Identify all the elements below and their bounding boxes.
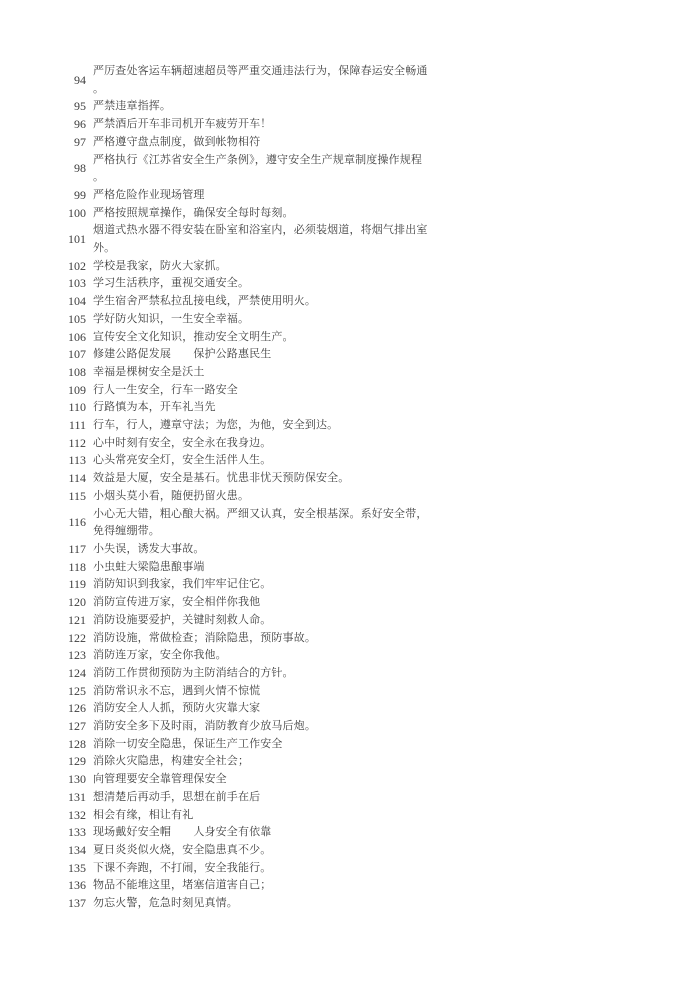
list-item: 134 夏日炎炎似火烧，安全隐患真不少。 (0, 842, 700, 860)
list-item: 122 消防设施，常做检查；消除隐患，预防事故。 (0, 630, 700, 648)
item-text: 学好防火知识，一生安全幸福。 (93, 311, 249, 329)
item-text: 消防常识永不忘，遇到火情不惊慌 (93, 683, 260, 701)
list-item: 119 消防知识到我家，我们牢牢记住它。 (0, 576, 700, 594)
item-text: 行路慎为本，开车礼当先 (93, 399, 216, 417)
item-text: 下课不奔跑，不打闹，安全我能行。 (93, 860, 271, 878)
text-line: 免得缠绷带。 (93, 523, 428, 541)
item-text: 消防宣传进万家，安全相伴你我他 (93, 594, 260, 612)
text-line: 。 (93, 169, 422, 187)
item-number: 123 (0, 647, 86, 665)
text-line: 宣传安全文化知识，推动安全文明生产。 (93, 329, 294, 347)
list-item: 124 消防工作贯彻预防为主防消结合的方针。 (0, 665, 700, 683)
list-item: 132 相会有缘，相让有礼 (0, 807, 700, 825)
item-text: 严格按照规章操作，确保安全每时每刻。 (93, 205, 294, 223)
item-text: 行人一生安全，行车一路安全 (93, 382, 238, 400)
text-line: 小心无大错，粗心酿大祸。严细又认真，安全根基深。系好安全带， (93, 506, 428, 524)
list-item: 104 学生宿舍严禁私拉乱接电线，严禁使用明火。 (0, 293, 700, 311)
text-line: 小烟头莫小看，随便扔留火患。 (93, 488, 249, 506)
item-text: 严禁酒后开车非司机开车疲劳开车！ (93, 116, 271, 134)
slogan-list: 94 严厉查处客运车辆超速超员等严重交通违法行为，保障春运安全畅通。 95 严禁… (0, 63, 700, 913)
list-item: 96 严禁酒后开车非司机开车疲劳开车！ (0, 116, 700, 134)
text-line: 效益是大厦，安全是基石。忧患非忧天预防保安全。 (93, 470, 349, 488)
item-text: 消防安全人人抓，预防火灾靠大家 (93, 700, 260, 718)
item-text: 幸福是棵树安全是沃土 (93, 364, 205, 382)
text-line: 消防设施，常做检查；消除隐患，预防事故。 (93, 630, 316, 648)
list-item: 105 学好防火知识，一生安全幸福。 (0, 311, 700, 329)
item-text: 消防设施要爱护，关键时刻救人命。 (93, 612, 271, 630)
item-text: 消防设施，常做检查；消除隐患，预防事故。 (93, 630, 316, 648)
text-line: 消防连万家，安全你我他。 (93, 647, 227, 665)
list-item: 106 宣传安全文化知识，推动安全文明生产。 (0, 329, 700, 347)
text-line: 现场戴好安全帽 人身安全有依靠 (93, 824, 271, 842)
item-text: 学生宿舍严禁私拉乱接电线，严禁使用明火。 (93, 293, 316, 311)
item-text: 夏日炎炎似火烧，安全隐患真不少。 (93, 842, 271, 860)
text-line: 心中时刻有安全，安全永在我身边。 (93, 435, 271, 453)
item-number: 107 (0, 346, 86, 364)
text-line: 夏日炎炎似火烧，安全隐患真不少。 (93, 842, 271, 860)
item-text: 严格执行《江苏省安全生产条例》，遵守安全生产规章制度操作规程。 (93, 152, 422, 187)
item-text: 效益是大厦，安全是基石。忧患非忧天预防保安全。 (93, 470, 349, 488)
text-line: 学习生活秩序，重视交通安全。 (93, 275, 249, 293)
item-text: 小虫蛀大梁隐患酿事端 (93, 559, 205, 577)
item-number: 122 (0, 630, 86, 648)
item-text: 消除火灾隐患，构建安全社会； (93, 753, 249, 771)
text-line: 烟道式热水器不得安装在卧室和浴室内，必须装烟道，将烟气排出室 (93, 222, 428, 240)
list-item: 125 消防常识永不忘，遇到火情不惊慌 (0, 683, 700, 701)
text-line: 消防宣传进万家，安全相伴你我他 (93, 594, 260, 612)
item-text: 小烟头莫小看，随便扔留火患。 (93, 488, 249, 506)
item-number: 119 (0, 576, 86, 594)
item-text: 小失误，诱发大事故。 (93, 541, 205, 559)
item-number: 95 (0, 98, 86, 116)
text-line: 向管理要安全靠管理保安全 (93, 771, 227, 789)
item-number: 96 (0, 116, 86, 134)
text-line: 勿忘火警，危急时刻见真情。 (93, 895, 238, 913)
item-text: 消防工作贯彻预防为主防消结合的方针。 (93, 665, 294, 683)
item-text: 消防安全多下及时雨，消防教育少放马后炮。 (93, 718, 316, 736)
item-number: 105 (0, 311, 86, 329)
item-text: 消防知识到我家，我们牢牢记住它。 (93, 576, 271, 594)
item-number: 129 (0, 753, 86, 771)
item-number: 120 (0, 594, 86, 612)
document-page: 94 严厉查处客运车辆超速超员等严重交通违法行为，保障春运安全畅通。 95 严禁… (0, 0, 700, 990)
item-number: 114 (0, 470, 86, 488)
item-number: 111 (0, 417, 86, 435)
item-text: 烟道式热水器不得安装在卧室和浴室内，必须装烟道，将烟气排出室外。 (93, 222, 428, 257)
item-number: 134 (0, 842, 86, 860)
text-line: 严厉查处客运车辆超速超员等严重交通违法行为，保障春运安全畅通 (93, 63, 428, 81)
item-number: 108 (0, 364, 86, 382)
item-number: 124 (0, 665, 86, 683)
item-text: 消防连万家，安全你我他。 (93, 647, 227, 665)
list-item: 97 严格遵守盘点制度，做到帐物相符 (0, 134, 700, 152)
text-line: 消除一切安全隐患，保证生产工作安全 (93, 736, 283, 754)
list-item: 107 修建公路促发展 保护公路惠民生 (0, 346, 700, 364)
list-item: 127 消防安全多下及时雨，消防教育少放马后炮。 (0, 718, 700, 736)
list-item: 129 消除火灾隐患，构建安全社会； (0, 753, 700, 771)
text-line: 相会有缘，相让有礼 (93, 807, 193, 825)
item-text: 严格危险作业现场管理 (93, 187, 205, 205)
item-number: 132 (0, 807, 86, 825)
item-number: 97 (0, 134, 86, 152)
item-number: 137 (0, 895, 86, 913)
list-item: 103 学习生活秩序，重视交通安全。 (0, 275, 700, 293)
list-item: 133 现场戴好安全帽 人身安全有依靠 (0, 824, 700, 842)
item-text: 勿忘火警，危急时刻见真情。 (93, 895, 238, 913)
list-item: 114 效益是大厦，安全是基石。忧患非忧天预防保安全。 (0, 470, 700, 488)
list-item: 101 烟道式热水器不得安装在卧室和浴室内，必须装烟道，将烟气排出室外。 (0, 222, 700, 257)
item-number: 113 (0, 452, 86, 470)
list-item: 98 严格执行《江苏省安全生产条例》，遵守安全生产规章制度操作规程。 (0, 152, 700, 187)
text-line: 下课不奔跑，不打闹，安全我能行。 (93, 860, 271, 878)
text-line: 严格遵守盘点制度，做到帐物相符 (93, 134, 260, 152)
text-line: 修建公路促发展 保护公路惠民生 (93, 346, 271, 364)
list-item: 117 小失误，诱发大事故。 (0, 541, 700, 559)
text-line: 外。 (93, 240, 428, 258)
item-text: 严禁违章指挥。 (93, 98, 171, 116)
text-line: 消防安全人人抓，预防火灾靠大家 (93, 700, 260, 718)
list-item: 123 消防连万家，安全你我他。 (0, 647, 700, 665)
text-line: 。 (93, 81, 428, 99)
item-number: 103 (0, 275, 86, 293)
item-text: 学习生活秩序，重视交通安全。 (93, 275, 249, 293)
list-item: 115 小烟头莫小看，随便扔留火患。 (0, 488, 700, 506)
item-text: 行车，行人，遵章守法；为您，为他，安全到达。 (93, 417, 338, 435)
item-number: 110 (0, 399, 86, 417)
item-text: 心头常亮安全灯，安全生活伴人生。 (93, 452, 271, 470)
item-text: 物品不能堆这里，堵塞信道害自己； (93, 877, 271, 895)
text-line: 严禁酒后开车非司机开车疲劳开车！ (93, 116, 271, 134)
item-text: 想清楚后再动手，思想在前手在后 (93, 789, 260, 807)
item-number: 100 (0, 205, 86, 223)
item-number: 99 (0, 187, 86, 205)
list-item: 99 严格危险作业现场管理 (0, 187, 700, 205)
item-text: 消除一切安全隐患，保证生产工作安全 (93, 736, 283, 754)
item-text: 严格遵守盘点制度，做到帐物相符 (93, 134, 260, 152)
text-line: 想清楚后再动手，思想在前手在后 (93, 789, 260, 807)
item-number: 115 (0, 488, 86, 506)
item-number: 127 (0, 718, 86, 736)
list-item: 112 心中时刻有安全，安全永在我身边。 (0, 435, 700, 453)
item-number: 126 (0, 700, 86, 718)
list-item: 116 小心无大错，粗心酿大祸。严细又认真，安全根基深。系好安全带，免得缠绷带。 (0, 506, 700, 541)
item-number: 116 (0, 514, 86, 532)
item-text: 严厉查处客运车辆超速超员等严重交通违法行为，保障春运安全畅通。 (93, 63, 428, 98)
item-text: 心中时刻有安全，安全永在我身边。 (93, 435, 271, 453)
list-item: 108 幸福是棵树安全是沃土 (0, 364, 700, 382)
item-text: 学校是我家，防火大家抓。 (93, 258, 227, 276)
list-item: 111 行车，行人，遵章守法；为您，为他，安全到达。 (0, 417, 700, 435)
text-line: 小虫蛀大梁隐患酿事端 (93, 559, 205, 577)
text-line: 小失误，诱发大事故。 (93, 541, 205, 559)
list-item: 137 勿忘火警，危急时刻见真情。 (0, 895, 700, 913)
list-item: 120 消防宣传进万家，安全相伴你我他 (0, 594, 700, 612)
list-item: 121 消防设施要爱护，关键时刻救人命。 (0, 612, 700, 630)
list-item: 130 向管理要安全靠管理保安全 (0, 771, 700, 789)
list-item: 128 消除一切安全隐患，保证生产工作安全 (0, 736, 700, 754)
list-item: 136 物品不能堆这里，堵塞信道害自己； (0, 877, 700, 895)
text-line: 学校是我家，防火大家抓。 (93, 258, 227, 276)
item-number: 102 (0, 258, 86, 276)
text-line: 物品不能堆这里，堵塞信道害自己； (93, 877, 271, 895)
item-number: 98 (0, 160, 86, 178)
item-number: 125 (0, 683, 86, 701)
item-number: 133 (0, 824, 86, 842)
text-line: 行人一生安全，行车一路安全 (93, 382, 238, 400)
item-number: 109 (0, 382, 86, 400)
item-text: 现场戴好安全帽 人身安全有依靠 (93, 824, 271, 842)
text-line: 幸福是棵树安全是沃土 (93, 364, 205, 382)
item-text: 相会有缘，相让有礼 (93, 807, 193, 825)
list-item: 102 学校是我家，防火大家抓。 (0, 258, 700, 276)
item-number: 101 (0, 231, 86, 249)
item-number: 94 (0, 72, 86, 90)
text-line: 消防常识永不忘，遇到火情不惊慌 (93, 683, 260, 701)
list-item: 135 下课不奔跑，不打闹，安全我能行。 (0, 860, 700, 878)
item-number: 104 (0, 293, 86, 311)
list-item: 100 严格按照规章操作，确保安全每时每刻。 (0, 205, 700, 223)
text-line: 严禁违章指挥。 (93, 98, 171, 116)
list-item: 118 小虫蛀大梁隐患酿事端 (0, 559, 700, 577)
text-line: 严格执行《江苏省安全生产条例》，遵守安全生产规章制度操作规程 (93, 152, 422, 170)
list-item: 126 消防安全人人抓，预防火灾靠大家 (0, 700, 700, 718)
text-line: 消除火灾隐患，构建安全社会； (93, 753, 249, 771)
item-text: 小心无大错，粗心酿大祸。严细又认真，安全根基深。系好安全带，免得缠绷带。 (93, 506, 428, 541)
item-number: 136 (0, 877, 86, 895)
item-number: 118 (0, 559, 86, 577)
list-item: 94 严厉查处客运车辆超速超员等严重交通违法行为，保障春运安全畅通。 (0, 63, 700, 98)
text-line: 消防知识到我家，我们牢牢记住它。 (93, 576, 271, 594)
text-line: 学生宿舍严禁私拉乱接电线，严禁使用明火。 (93, 293, 316, 311)
list-item: 95 严禁违章指挥。 (0, 98, 700, 116)
list-item: 113 心头常亮安全灯，安全生活伴人生。 (0, 452, 700, 470)
item-number: 128 (0, 736, 86, 754)
item-number: 106 (0, 329, 86, 347)
text-line: 学好防火知识，一生安全幸福。 (93, 311, 249, 329)
item-number: 117 (0, 541, 86, 559)
item-number: 130 (0, 771, 86, 789)
text-line: 消防工作贯彻预防为主防消结合的方针。 (93, 665, 294, 683)
item-number: 112 (0, 435, 86, 453)
item-text: 修建公路促发展 保护公路惠民生 (93, 346, 271, 364)
list-item: 131 想清楚后再动手，思想在前手在后 (0, 789, 700, 807)
item-number: 135 (0, 860, 86, 878)
text-line: 严格按照规章操作，确保安全每时每刻。 (93, 205, 294, 223)
text-line: 消防设施要爱护，关键时刻救人命。 (93, 612, 271, 630)
item-number: 121 (0, 612, 86, 630)
text-line: 行路慎为本，开车礼当先 (93, 399, 216, 417)
text-line: 消防安全多下及时雨，消防教育少放马后炮。 (93, 718, 316, 736)
text-line: 心头常亮安全灯，安全生活伴人生。 (93, 452, 271, 470)
text-line: 行车，行人，遵章守法；为您，为他，安全到达。 (93, 417, 338, 435)
item-text: 向管理要安全靠管理保安全 (93, 771, 227, 789)
list-item: 109 行人一生安全，行车一路安全 (0, 382, 700, 400)
list-item: 110 行路慎为本，开车礼当先 (0, 399, 700, 417)
text-line: 严格危险作业现场管理 (93, 187, 205, 205)
item-text: 宣传安全文化知识，推动安全文明生产。 (93, 329, 294, 347)
item-number: 131 (0, 789, 86, 807)
